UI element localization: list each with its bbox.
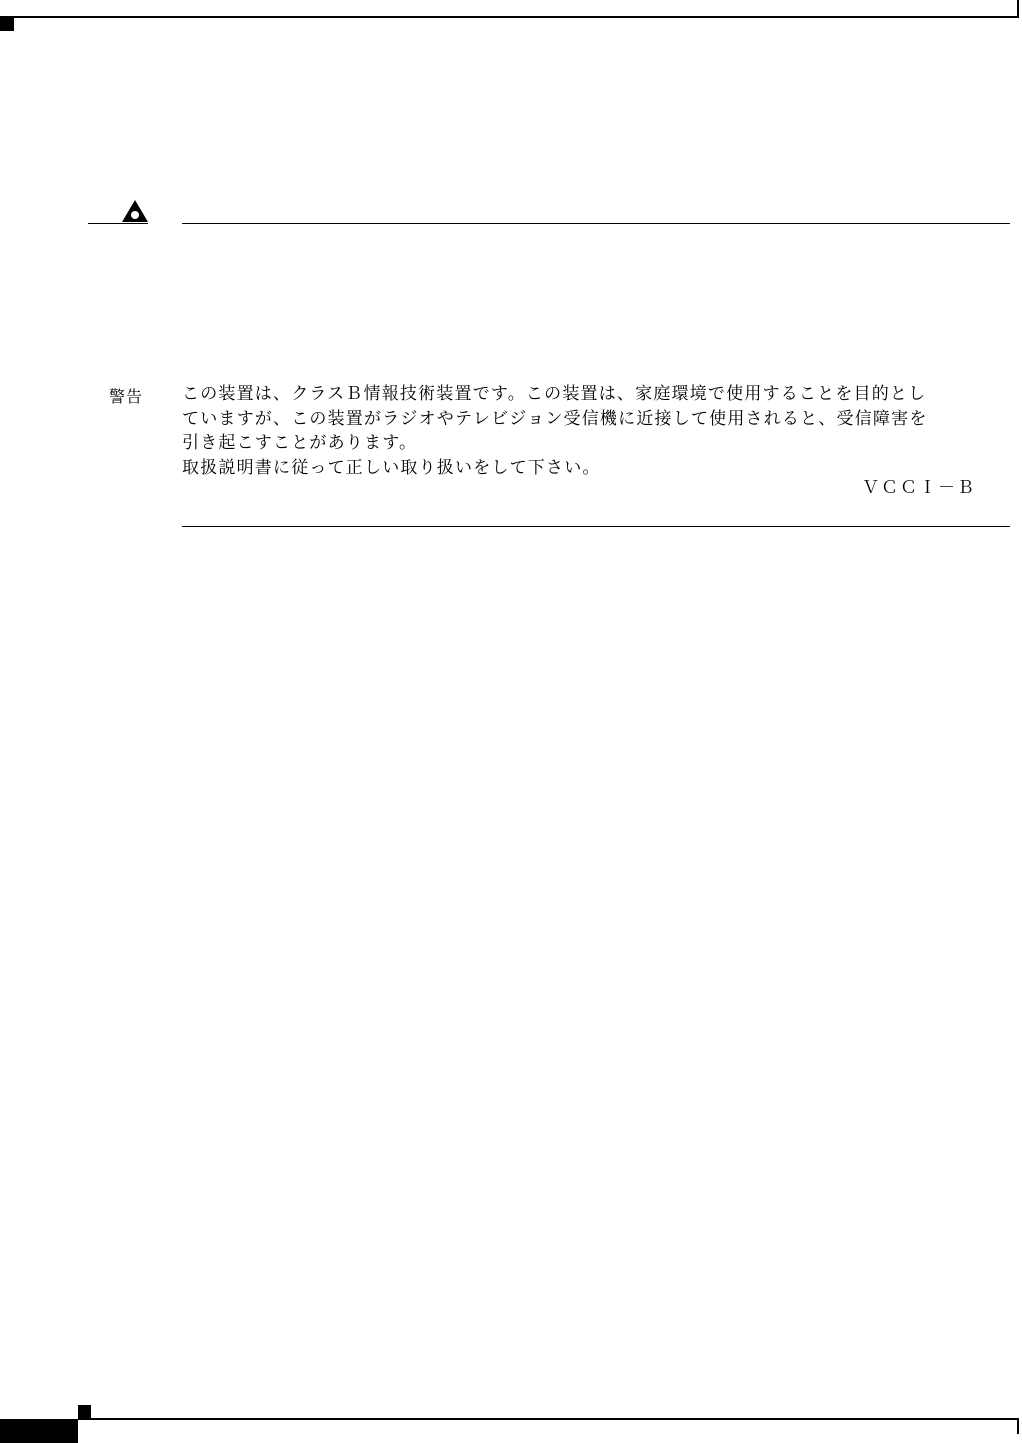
notice-line: 引き起こすことがあります。 bbox=[182, 431, 982, 456]
footer-rule bbox=[78, 1418, 1019, 1420]
notice-line: この装置は、クラスＢ情報技術装置です。この装置は、家庭環境で使用することを目的と… bbox=[182, 382, 982, 407]
icon-underline-rule bbox=[88, 223, 148, 224]
warning-triangle-icon bbox=[120, 199, 150, 223]
notice-bottom-rule bbox=[182, 526, 1010, 527]
notice-line: ていますが、この装置がラジオやテレビジョン受信機に近接して使用されると、受信障害… bbox=[182, 407, 982, 432]
footer-corner-tick bbox=[1017, 1418, 1019, 1434]
notice-top-rule bbox=[182, 223, 1010, 224]
notice-label: 警告 bbox=[109, 385, 143, 409]
footer-page-tab bbox=[0, 1419, 78, 1443]
vcci-class-mark: ＶＣＣＩ－Ｂ bbox=[862, 476, 976, 500]
header-marker-block bbox=[0, 18, 14, 31]
header-corner-tick bbox=[1017, 0, 1019, 18]
notice-body: この装置は、クラスＢ情報技術装置です。この装置は、家庭環境で使用することを目的と… bbox=[182, 382, 982, 480]
footer-marker-block bbox=[78, 1405, 91, 1419]
header-rule bbox=[0, 16, 1019, 18]
